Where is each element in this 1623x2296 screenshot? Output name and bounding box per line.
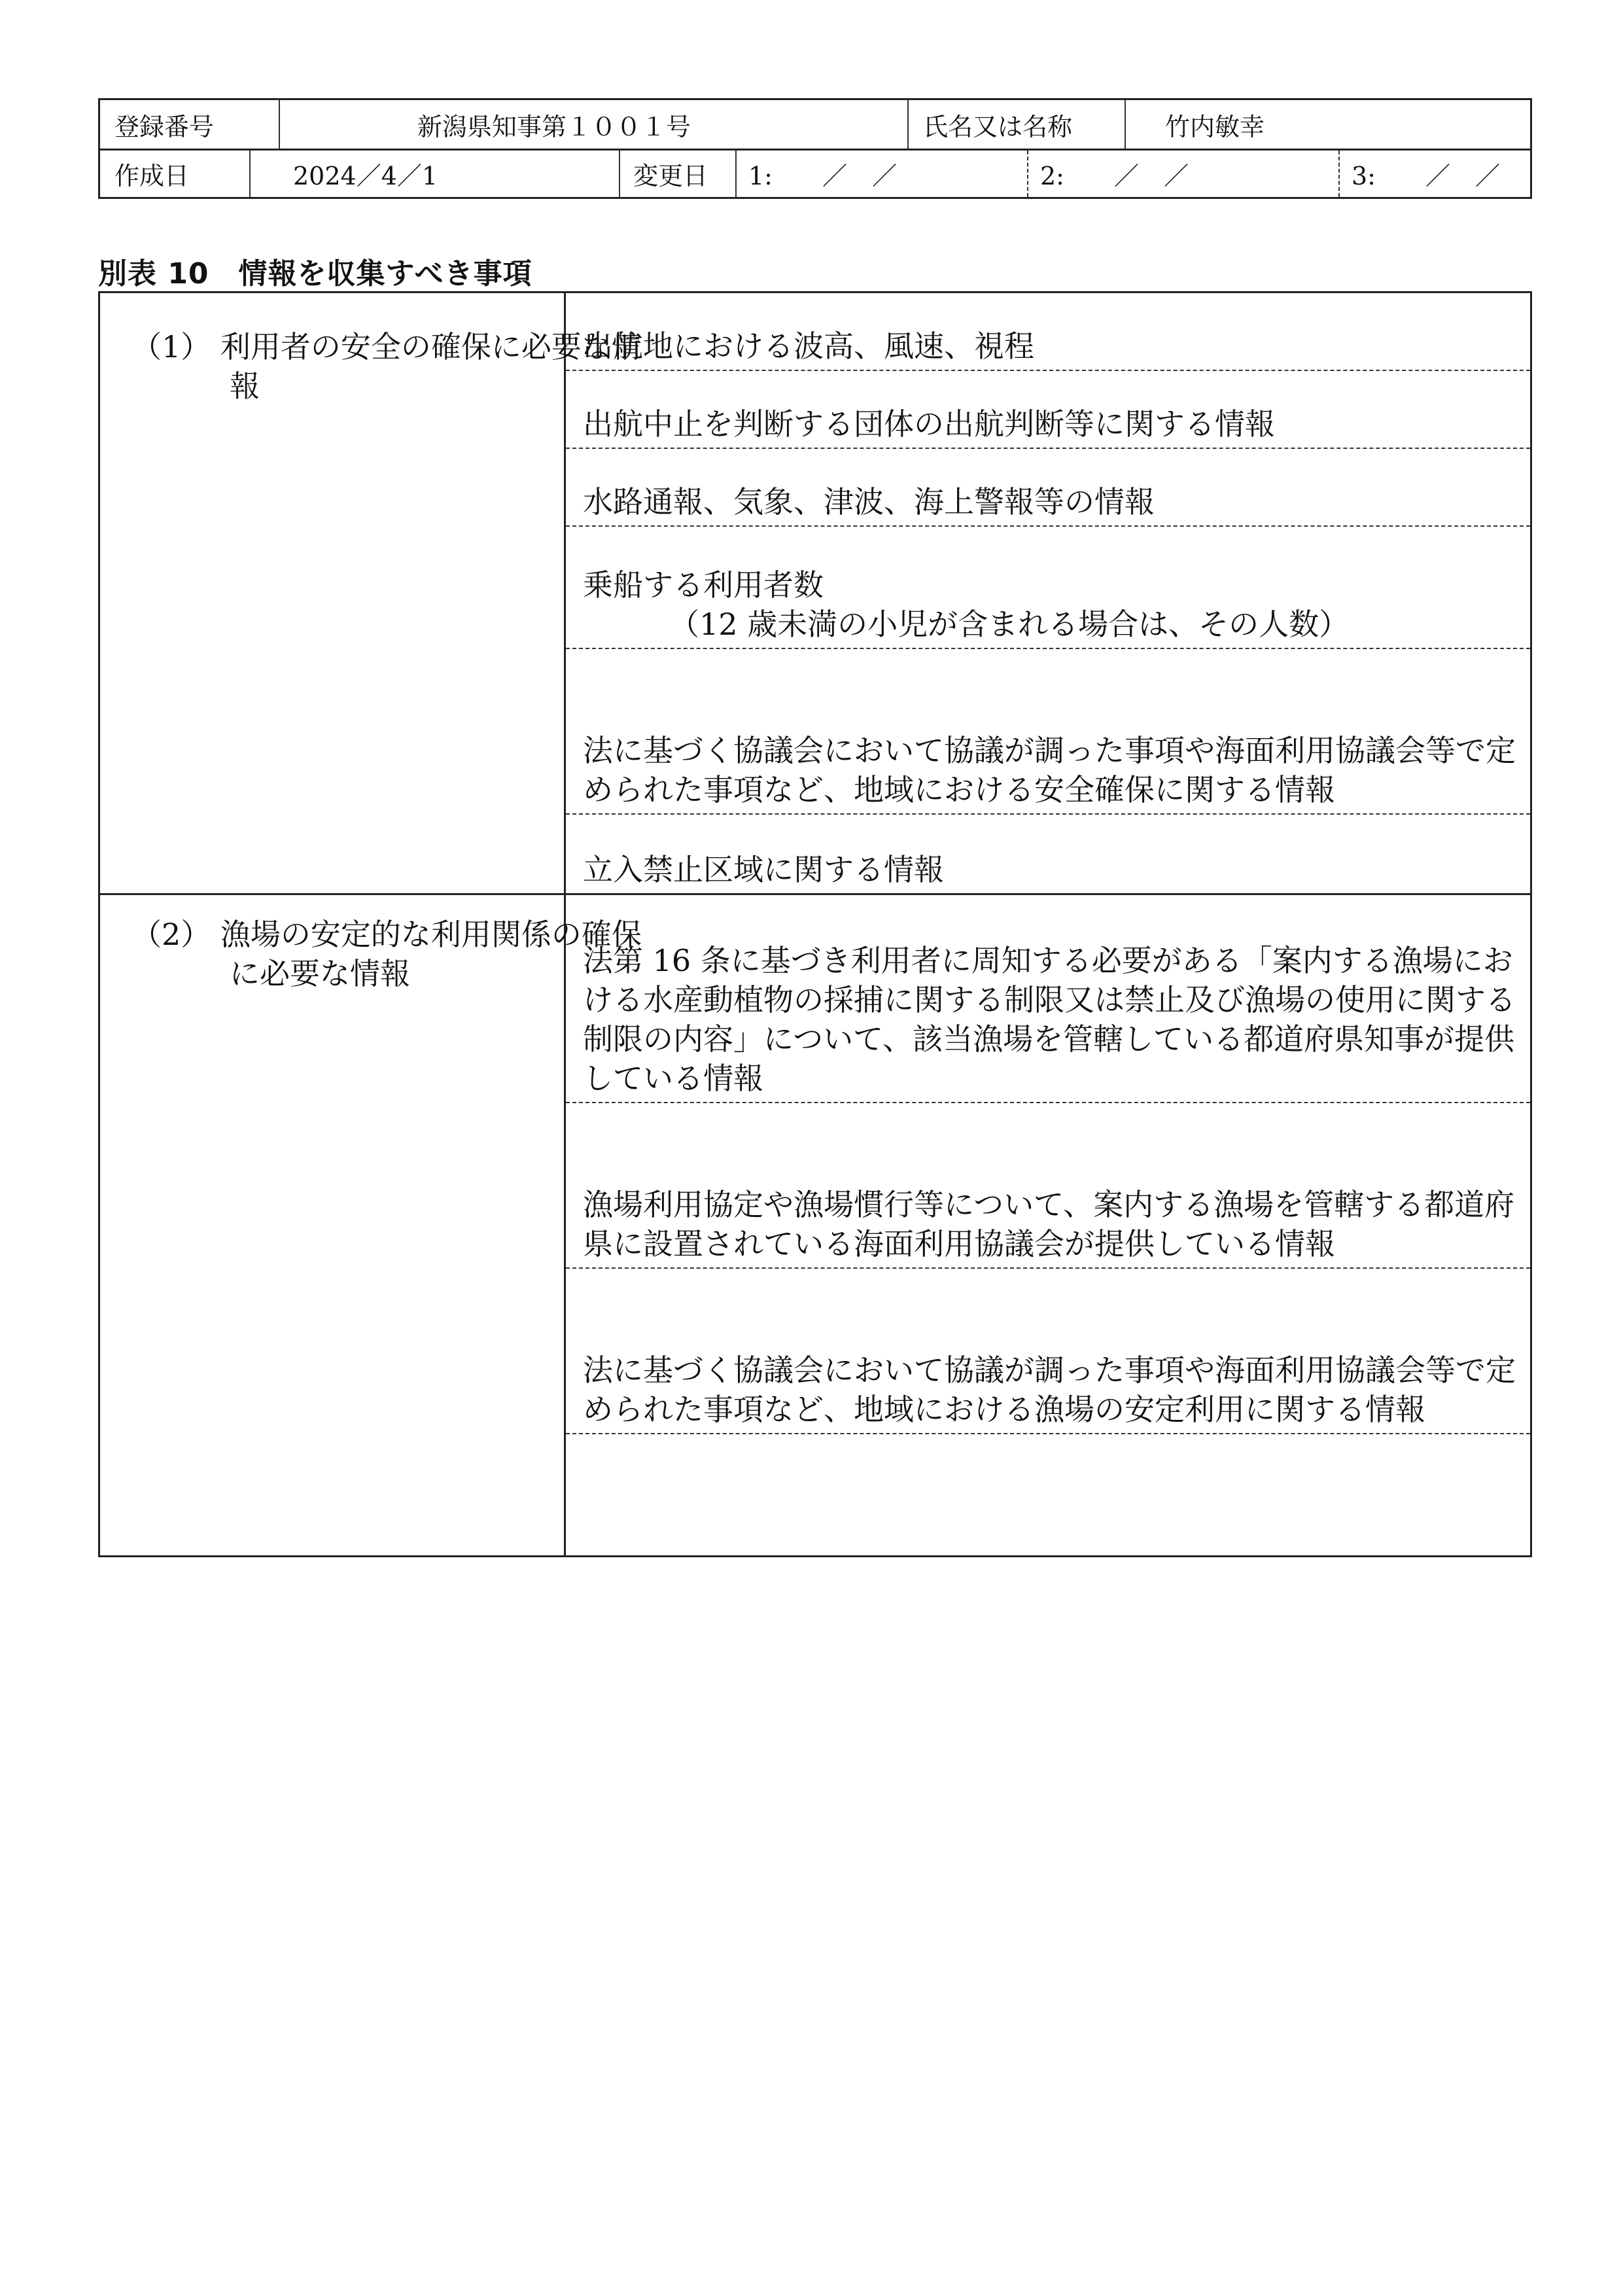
item-text: 法に基づく協議会において協議が調った事項や海面利用協議会等で定められた事項など、… xyxy=(583,1351,1517,1429)
list-item: 法に基づく協議会において協議が調った事項や海面利用協議会等で定められた事項など、… xyxy=(566,1269,1530,1434)
item-text: 法第 16 条に基づき利用者に周知する必要がある「案内する漁場における水産動植物… xyxy=(583,941,1517,1098)
info-items-table: （1） 利用者の安全の確保に必要な情報 出航地における波高、風速、視程 出航中止… xyxy=(98,291,1532,1557)
name-label: 氏名又は名称 xyxy=(909,100,1125,149)
header-row-dates: 作成日 2024／4／1 変更日 1: ／ ／ 2: ／ ／ 3: ／ ／ xyxy=(100,150,1530,197)
list-item: 出航中止を判断する団体の出航判断等に関する情報 xyxy=(566,371,1530,449)
list-item: 法に基づく協議会において協議が調った事項や海面利用協議会等で定められた事項など、… xyxy=(566,649,1530,815)
item-text: 水路通報、気象、津波、海上警報等の情報 xyxy=(583,482,1517,521)
changed-label: 変更日 xyxy=(620,150,735,197)
item-text: 乗船する利用者数 （12 歳未満の小児が含まれる場合は、その人数） xyxy=(583,565,1517,644)
change-date-1: 1: ／ ／ xyxy=(737,150,1027,197)
item-text: 出航地における波高、風速、視程 xyxy=(583,327,1517,366)
item-main-text: 乗船する利用者数 xyxy=(583,567,824,603)
item-text: 法に基づく協議会において協議が調った事項や海面利用協議会等で定められた事項など、… xyxy=(583,731,1517,809)
list-item: 立入禁止区域に関する情報 xyxy=(566,815,1530,893)
list-item: 乗船する利用者数 （12 歳未満の小児が含まれる場合は、その人数） xyxy=(566,527,1530,649)
items-column: 出航地における波高、風速、視程 出航中止を判断する団体の出航判断等に関する情報 … xyxy=(566,293,1530,893)
created-date: 2024／4／1 xyxy=(251,150,619,197)
table-title: 別表 10 情報を収集すべき事項 xyxy=(98,250,532,292)
registration-header-table: 登録番号 新潟県知事第１００１号 氏名又は名称 竹内敏幸 作成日 2024／4／… xyxy=(98,98,1532,199)
header-row-registration: 登録番号 新潟県知事第１００１号 氏名又は名称 竹内敏幸 xyxy=(100,100,1530,150)
change-date-2: 2: ／ ／ xyxy=(1028,150,1338,197)
section-user-safety: （1） 利用者の安全の確保に必要な情報 出航地における波高、風速、視程 出航中止… xyxy=(100,293,1530,895)
created-label: 作成日 xyxy=(100,150,249,197)
name-value: 竹内敏幸 xyxy=(1126,100,1530,149)
item-text: 立入禁止区域に関する情報 xyxy=(583,850,1517,889)
list-item-empty xyxy=(566,1434,1530,1555)
category-cell: （2） 漁場の安定的な利用関係の確保に必要な情報 xyxy=(100,895,566,1555)
list-item: 出航地における波高、風速、視程 xyxy=(566,293,1530,371)
items-column: 法第 16 条に基づき利用者に周知する必要がある「案内する漁場における水産動植物… xyxy=(566,895,1530,1555)
item-sub-text: （12 歳未満の小児が含まれる場合は、その人数） xyxy=(583,605,1517,644)
section-fishing-ground-use: （2） 漁場の安定的な利用関係の確保に必要な情報 法第 16 条に基づき利用者に… xyxy=(100,895,1530,1555)
category-cell: （1） 利用者の安全の確保に必要な情報 xyxy=(100,293,566,893)
change-date-3: 3: ／ ／ xyxy=(1340,150,1530,197)
list-item: 漁場利用協定や漁場慣行等について、案内する漁場を管轄する都道府県に設置されている… xyxy=(566,1103,1530,1269)
item-text: 漁場利用協定や漁場慣行等について、案内する漁場を管轄する都道府県に設置されている… xyxy=(583,1185,1517,1263)
registration-value: 新潟県知事第１００１号 xyxy=(280,100,908,149)
registration-label: 登録番号 xyxy=(100,100,279,149)
item-text: 出航中止を判断する団体の出航判断等に関する情報 xyxy=(583,404,1517,444)
list-item: 法第 16 条に基づき利用者に周知する必要がある「案内する漁場における水産動植物… xyxy=(566,895,1530,1103)
list-item: 水路通報、気象、津波、海上警報等の情報 xyxy=(566,449,1530,527)
